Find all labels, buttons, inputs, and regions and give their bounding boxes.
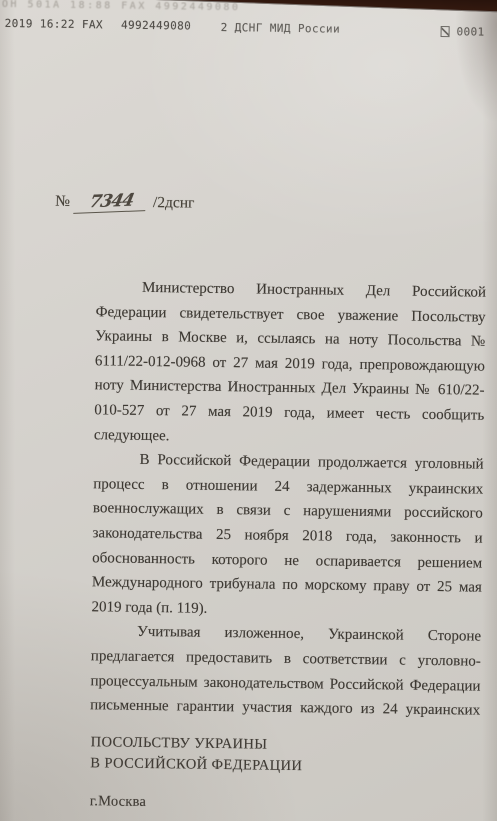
fax-transmission-header: 2019 16:22 FAX4992449080 2 ДСНГ МИД Росс… <box>5 17 485 40</box>
page-icon <box>440 26 449 37</box>
reference-suffix: /2дснг <box>153 194 195 212</box>
fax-page-counter: 0001 <box>440 25 484 39</box>
number-sign: № <box>55 193 70 210</box>
page-number: 0001 <box>456 25 484 38</box>
document-content: ОН 501А 18:88 FAX 4992449080 2019 16:22 … <box>0 0 497 821</box>
addressee-block: ПОСОЛЬСТВУ УКРАИНЫ В РОССИЙСКОЙ ФЕДЕРАЦИ… <box>90 732 303 815</box>
fax-datetime: 2019 16:22 FAX <box>5 17 104 31</box>
ghost-header-line: ОН 501А 18:88 FAX 4992449080 <box>2 0 241 13</box>
fax-number: 4992449080 <box>121 19 191 33</box>
addressee-line-2: В РОССИЙСКОЙ ФЕДЕРАЦИИ <box>90 753 302 777</box>
handwritten-number: 7344 <box>73 192 149 214</box>
fax-datetime-group: 2019 16:22 FAX4992449080 <box>5 17 192 33</box>
photo-background: ОН 501А 18:88 FAX 4992449080 2019 16:22 … <box>0 0 497 821</box>
paragraph-1: Министерство Иностранных Дел Российской … <box>94 275 486 453</box>
addressee-line-1: ПОСОЛЬСТВУ УКРАИНЫ <box>90 732 302 756</box>
fax-department: 2 ДСНГ МИД России <box>221 21 341 36</box>
reference-number-line: №7344/2дснг <box>55 193 195 214</box>
note-body: Министерство Иностранных Дел Российской … <box>90 275 486 723</box>
addressee-city: г.Москва <box>90 791 302 815</box>
document-page: ОН 501А 18:88 FAX 4992449080 2019 16:22 … <box>0 0 497 821</box>
paragraph-2: В Российской Федерации продолжается угол… <box>91 447 483 625</box>
paragraph-3: Учитывая изложенное, Украинской Стороне … <box>90 620 481 724</box>
